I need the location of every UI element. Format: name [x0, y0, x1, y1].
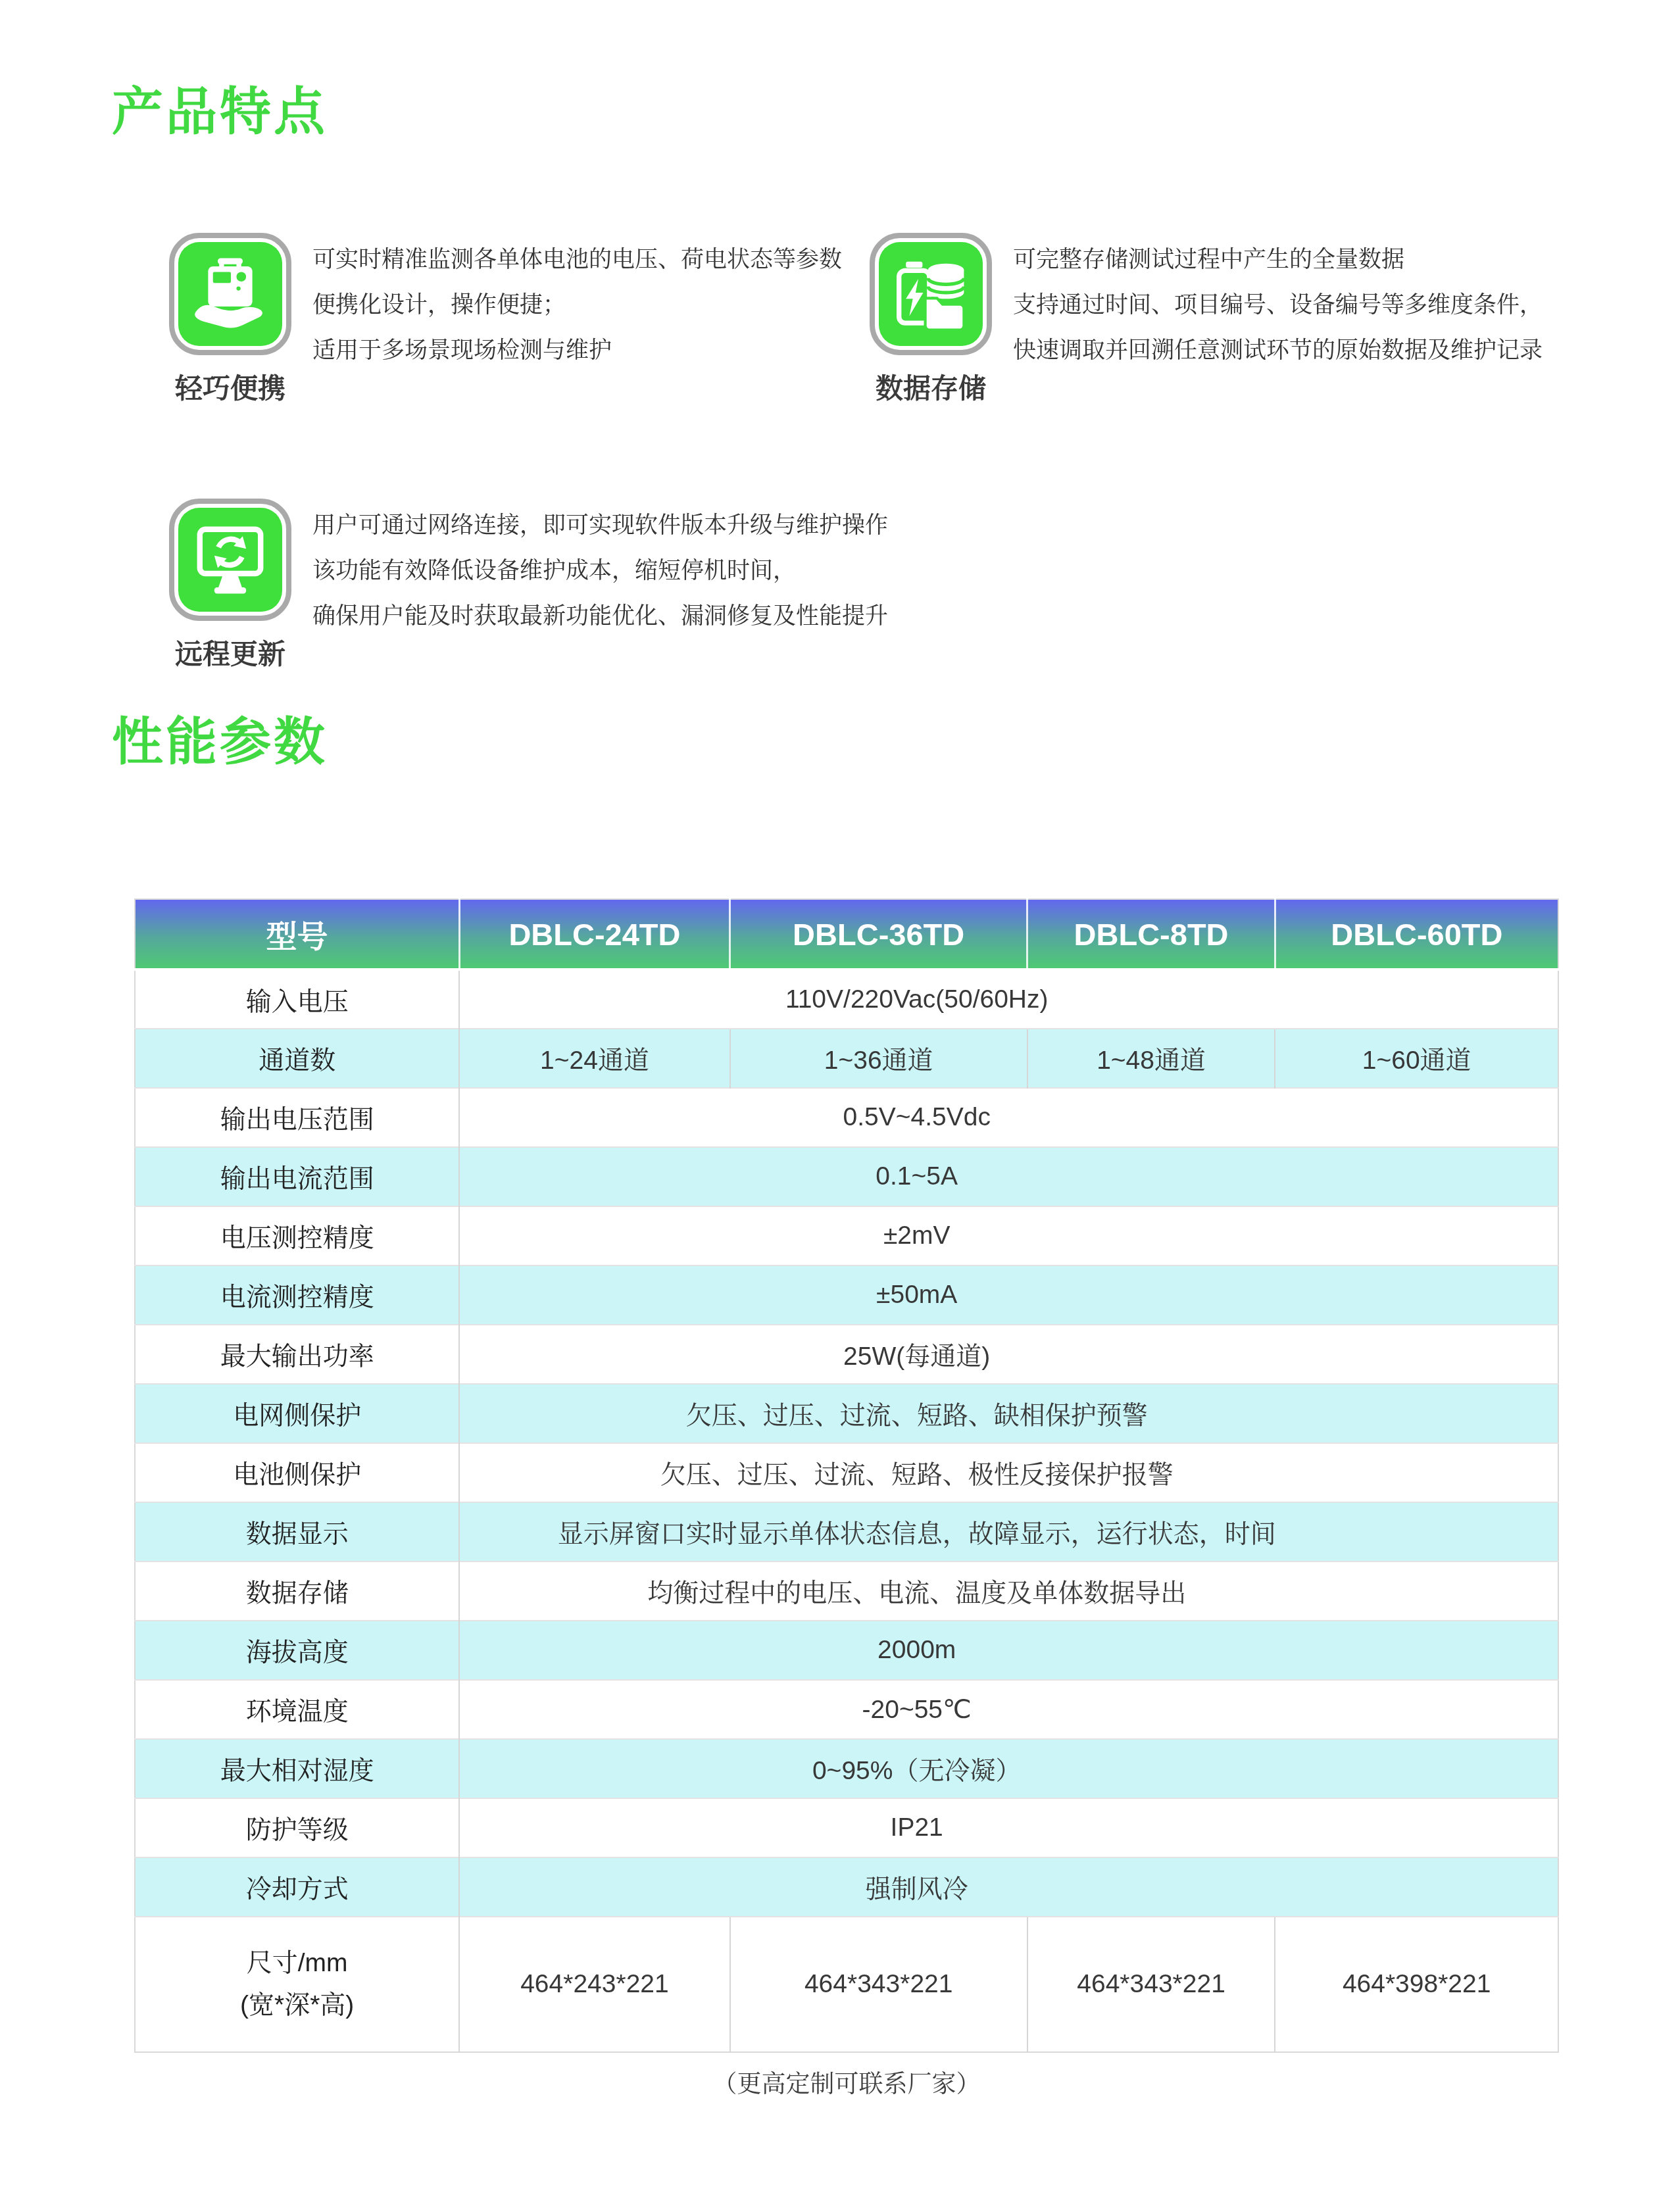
table-row: 尺寸/mm(宽*深*高)464*243*221464*343*221464*34…	[135, 1917, 1558, 2052]
row-value-text: IP21	[891, 1813, 943, 1842]
device-in-hand-icon	[169, 233, 291, 355]
row-label: 海拔高度	[135, 1621, 459, 1680]
table-row: 数据存储均衡过程中的电压、电流、温度及单体数据导出	[135, 1561, 1558, 1621]
row-label: 环境温度	[135, 1680, 459, 1739]
row-label: 防护等级	[135, 1798, 459, 1857]
feature-line: 支持通过时间、项目编号、设备编号等多维度条件，	[1013, 282, 1543, 328]
row-value-text: 0.5V~4.5Vdc	[843, 1103, 990, 1132]
row-label: 输出电流范围	[135, 1147, 459, 1206]
column-header: DBLC-36TD	[730, 899, 1027, 970]
table-row: 最大输出功率25W(每通道)	[135, 1325, 1558, 1384]
spec-table-head: 型号DBLC-24TDDBLC-36TDDBLC-8TDDBLC-60TD	[135, 899, 1558, 970]
table-row: 电流测控精度±50mA	[135, 1265, 1558, 1325]
feature-text: 可实时精准监测各单体电池的电压、荷电状态等参数 便携化设计，操作便捷； 适用于多…	[312, 233, 842, 406]
column-header: DBLC-24TD	[459, 899, 729, 970]
feature-remote-update: 远程更新 用户可通过网络连接，即可实现软件版本升级与维护操作 该功能有效降低设备…	[169, 499, 888, 672]
feature-line: 该功能有效降低设备维护成本，缩短停机时间，	[312, 548, 888, 593]
row-value-text: 0.1~5A	[876, 1162, 958, 1191]
feature-caption: 轻巧便携	[169, 367, 291, 406]
row-value-text: -20~55℃	[862, 1695, 972, 1725]
row-value-text: 均衡过程中的电压、电流、温度及单体数据导出	[647, 1573, 1186, 1609]
row-value-text: 强制风冷	[866, 1869, 968, 1905]
feature-line: 确保用户能及时获取最新功能优化、漏洞修复及性能提升	[312, 593, 888, 639]
table-row: 通道数1~24通道1~36通道1~48通道1~60通道	[135, 1029, 1558, 1088]
row-label-line: 尺寸/mm	[141, 1942, 453, 1984]
row-value-cell: 1~24通道	[459, 1029, 729, 1088]
feature-line: 可实时精准监测各单体电池的电压、荷电状态等参数	[312, 237, 842, 282]
row-value-text: 2000m	[877, 1636, 956, 1665]
row-value-merged: 110V/220Vac(50/60Hz)	[459, 970, 1558, 1029]
table-row: 防护等级IP21	[135, 1798, 1558, 1857]
feature-line: 可完整存储测试过程中产生的全量数据	[1013, 237, 1543, 282]
row-value-merged: ±2mV	[459, 1206, 1558, 1265]
row-label: 数据显示	[135, 1502, 459, 1561]
footnote: （更高定制可联系厂家）	[134, 2064, 1559, 2099]
row-label: 最大相对湿度	[135, 1739, 459, 1798]
row-value-merged: 显示屏窗口实时显示单体状态信息，故障显示，运行状态，时间	[459, 1502, 1558, 1561]
row-value-merged: 2000m	[459, 1621, 1558, 1680]
table-row: 电网侧保护欠压、过压、过流、短路、缺相保护预警	[135, 1384, 1558, 1443]
row-value-merged: 强制风冷	[459, 1857, 1558, 1917]
row-value-merged: 0~95%（无冷凝）	[459, 1739, 1558, 1798]
row-value-text: 欠压、过压、过流、短路、缺相保护预警	[686, 1395, 1148, 1432]
row-label: 输出电压范围	[135, 1088, 459, 1147]
feature-line: 用户可通过网络连接，即可实现软件版本升级与维护操作	[312, 503, 888, 548]
table-row: 环境温度-20~55℃	[135, 1680, 1558, 1739]
column-header: 型号	[135, 899, 459, 970]
feature-caption: 远程更新	[169, 633, 291, 672]
table-row: 输出电流范围0.1~5A	[135, 1147, 1558, 1206]
feature-line: 适用于多场景现场检测与维护	[312, 328, 842, 373]
spec-table: 型号DBLC-24TDDBLC-36TDDBLC-8TDDBLC-60TD 输入…	[134, 898, 1559, 2053]
row-label: 尺寸/mm(宽*深*高)	[135, 1917, 459, 2052]
row-value-merged: 欠压、过压、过流、短路、缺相保护预警	[459, 1384, 1558, 1443]
row-value-merged: 25W(每通道)	[459, 1325, 1558, 1384]
features-section-title: 产品特点	[112, 84, 328, 141]
row-label: 电网侧保护	[135, 1384, 459, 1443]
row-label: 数据存储	[135, 1561, 459, 1621]
specs-section-title: 性能参数	[112, 714, 328, 771]
row-value-cell: 464*343*221	[1027, 1917, 1275, 2052]
spec-sheet-page: 产品特点	[0, 0, 1680, 2185]
row-value-text: ±50mA	[876, 1281, 957, 1310]
table-row: 冷却方式强制风冷	[135, 1857, 1558, 1917]
row-value-text: 欠压、过压、过流、短路、极性反接保护报警	[660, 1454, 1174, 1491]
feature-line: 便携化设计，操作便捷；	[312, 282, 842, 328]
row-value-merged: -20~55℃	[459, 1680, 1558, 1739]
row-value-merged: ±50mA	[459, 1265, 1558, 1325]
feature-data-storage: 数据存储 可完整存储测试过程中产生的全量数据 支持通过时间、项目编号、设备编号等…	[870, 233, 1543, 406]
table-row: 输入电压110V/220Vac(50/60Hz)	[135, 970, 1558, 1029]
row-value-cell: 1~60通道	[1275, 1029, 1558, 1088]
row-value-merged: 0.1~5A	[459, 1147, 1558, 1206]
table-row: 海拔高度2000m	[135, 1621, 1558, 1680]
row-label: 最大输出功率	[135, 1325, 459, 1384]
row-value-merged: IP21	[459, 1798, 1558, 1857]
column-header: DBLC-8TD	[1027, 899, 1275, 970]
row-label: 电压测控精度	[135, 1206, 459, 1265]
row-value-merged: 0.5V~4.5Vdc	[459, 1088, 1558, 1147]
table-row: 输出电压范围0.5V~4.5Vdc	[135, 1088, 1558, 1147]
row-value-cell: 1~36通道	[730, 1029, 1027, 1088]
row-label: 冷却方式	[135, 1857, 459, 1917]
feature-text: 可完整存储测试过程中产生的全量数据 支持通过时间、项目编号、设备编号等多维度条件…	[1013, 233, 1543, 406]
table-row: 最大相对湿度0~95%（无冷凝）	[135, 1739, 1558, 1798]
spec-table-body: 输入电压110V/220Vac(50/60Hz)通道数1~24通道1~36通道1…	[135, 970, 1558, 2052]
feature-text: 用户可通过网络连接，即可实现软件版本升级与维护操作 该功能有效降低设备维护成本，…	[312, 499, 888, 672]
row-value-cell: 464*243*221	[459, 1917, 729, 2052]
row-label: 电池侧保护	[135, 1443, 459, 1502]
row-value-cell: 464*343*221	[730, 1917, 1027, 2052]
row-value-text: 25W(每通道)	[843, 1336, 990, 1373]
battery-database-folder-icon	[870, 233, 992, 355]
row-value-text: ±2mV	[883, 1221, 951, 1250]
row-value-cell: 464*398*221	[1275, 1917, 1558, 2052]
table-row: 电压测控精度±2mV	[135, 1206, 1558, 1265]
feature-caption: 数据存储	[870, 367, 992, 406]
column-header: DBLC-60TD	[1275, 899, 1558, 970]
header-row: 型号DBLC-24TDDBLC-36TDDBLC-8TDDBLC-60TD	[135, 899, 1558, 970]
row-label-line: (宽*深*高)	[141, 1984, 453, 2026]
row-value-text: 0~95%（无冷凝）	[812, 1750, 1022, 1787]
row-value-merged: 均衡过程中的电压、电流、温度及单体数据导出	[459, 1561, 1558, 1621]
feature-portable: 轻巧便携 可实时精准监测各单体电池的电压、荷电状态等参数 便携化设计，操作便捷；…	[169, 233, 842, 406]
row-label: 通道数	[135, 1029, 459, 1088]
row-value-text: 110V/220Vac(50/60Hz)	[785, 985, 1049, 1014]
feature-line: 快速调取并回溯任意测试环节的原始数据及维护记录	[1013, 328, 1543, 373]
row-label: 输入电压	[135, 970, 459, 1029]
row-value-cell: 1~48通道	[1027, 1029, 1275, 1088]
monitor-refresh-icon	[169, 499, 291, 621]
table-row: 电池侧保护欠压、过压、过流、短路、极性反接保护报警	[135, 1443, 1558, 1502]
row-value-text: 显示屏窗口实时显示单体状态信息，故障显示，运行状态，时间	[558, 1513, 1276, 1550]
spec-table-container: 型号DBLC-24TDDBLC-36TDDBLC-8TDDBLC-60TD 输入…	[134, 898, 1559, 2053]
table-row: 数据显示显示屏窗口实时显示单体状态信息，故障显示，运行状态，时间	[135, 1502, 1558, 1561]
row-label: 电流测控精度	[135, 1265, 459, 1325]
row-value-merged: 欠压、过压、过流、短路、极性反接保护报警	[459, 1443, 1558, 1502]
